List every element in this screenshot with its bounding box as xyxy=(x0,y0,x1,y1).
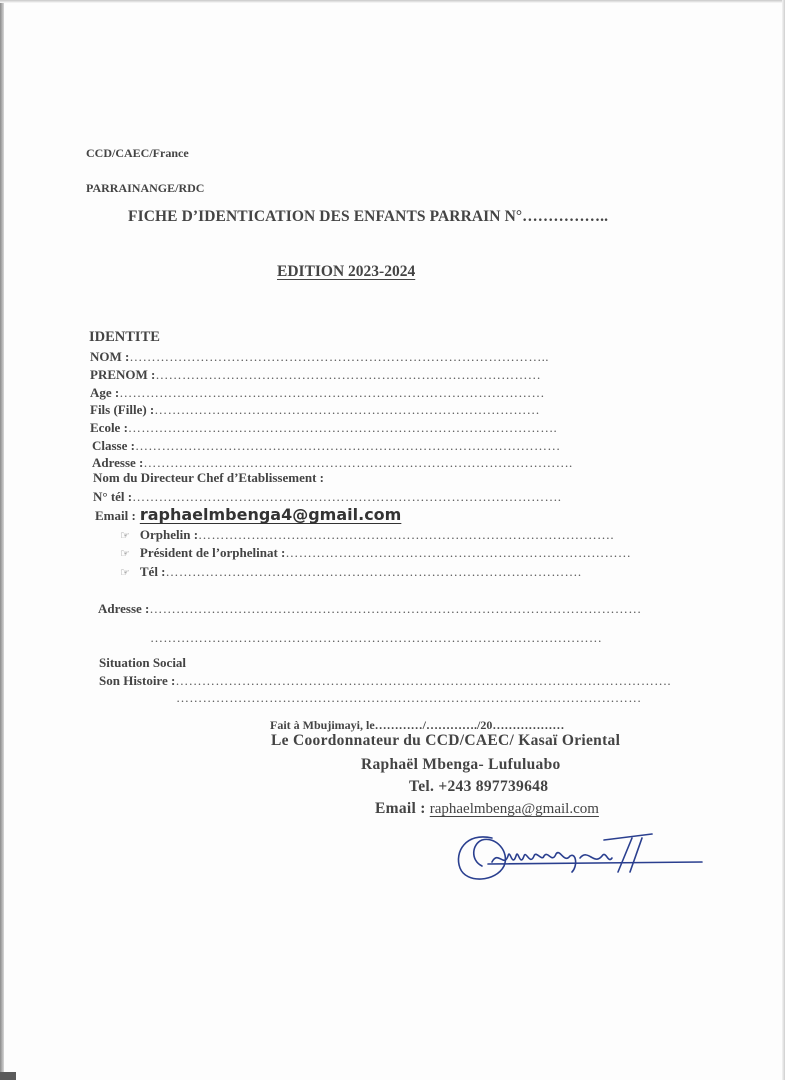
field-label: Adresse : xyxy=(92,455,143,470)
pointing-hand-icon: ☞ xyxy=(120,567,130,579)
field-fils-fille[interactable]: Fils (Fille) :……………………………………………………………………… xyxy=(90,401,540,419)
email-label: Email : xyxy=(95,508,136,523)
field-label: Orphelin : xyxy=(140,527,198,542)
field-label: Son Histoire : xyxy=(99,673,175,688)
org-line: CCD/CAEC/France xyxy=(86,146,189,161)
field-classe[interactable]: Classe :…………………………………………………………………………………… xyxy=(92,437,561,455)
fill-line[interactable]: …………………………………………………………………………………………… xyxy=(176,690,642,706)
field-label: Fils (Fille) : xyxy=(90,402,154,417)
pointing-hand-icon: ☞ xyxy=(120,548,130,560)
field-email: Email : raphaelmbenga4@gmail.com xyxy=(95,505,401,525)
fill-line[interactable]: ……………………………………………………………………………………. xyxy=(143,455,572,470)
field-label: Age : xyxy=(90,385,119,400)
field-label: Président de l’orphelinat : xyxy=(140,545,286,560)
email-label: Email : xyxy=(375,800,426,817)
email-link[interactable]: raphaelmbenga4@gmail.com xyxy=(140,505,402,524)
coordinator-title: Le Coordonnateur du CCD/CAEC/ Kasaï Orie… xyxy=(271,732,620,750)
fill-line[interactable]: ………………………………………………………………………………….. xyxy=(129,349,548,364)
field-prenom[interactable]: PRENOM :…………………………………………………………………………… xyxy=(90,366,541,384)
email-link[interactable]: raphaelmbenga@gmail.com xyxy=(430,801,599,817)
fill-line[interactable]: …………………………………………………………………………………. xyxy=(166,564,582,579)
field-orphelinat-tel[interactable]: ☞Tél :…………………………………………………………………………………. xyxy=(120,563,581,581)
field-label: Classe : xyxy=(92,438,135,453)
field-label: NOM : xyxy=(90,349,129,364)
field-president-orphelinat[interactable]: ☞Président de l’orphelinat :………………………………… xyxy=(120,544,631,562)
fill-line[interactable]: …………………………………………………………………………………… xyxy=(135,438,561,453)
edition-heading: EDITION 2023-2024 xyxy=(277,263,415,281)
fill-line[interactable]: ………………………………………………………………………………………………… xyxy=(149,601,641,616)
page-edge-left xyxy=(0,0,4,1080)
fill-line[interactable]: ……………………………………………………………………………………. xyxy=(132,489,561,504)
coordinator-email: Email : raphaelmbenga@gmail.com xyxy=(375,800,599,818)
field-nom[interactable]: NOM :………………………………………………………………………………….. xyxy=(90,348,549,366)
program-line: PARRAINANGE/RDC xyxy=(86,181,204,196)
field-label: Nom du Directeur Chef d’Etablissement : xyxy=(93,470,324,485)
field-label: PRENOM : xyxy=(90,367,155,382)
fill-line[interactable]: …………………………………………………………………… xyxy=(285,545,631,560)
social-section-title: Situation Social xyxy=(99,655,186,671)
pointing-hand-icon: ☞ xyxy=(120,530,130,542)
document-title: FICHE D’IDENTICATION DES ENFANTS PARRAIN… xyxy=(128,208,608,226)
coordinator-name: Raphaël Mbenga- Lufuluabo xyxy=(361,756,561,774)
fill-line[interactable]: …………………………………………………………………………………. xyxy=(198,527,614,542)
place-date[interactable]: Fait à Mbujimayi, le…………/…………./20……………… xyxy=(270,718,564,733)
field-tel[interactable]: N° tél :……………………………………………………………………………………… xyxy=(93,488,561,506)
field-orphelinat-adresse[interactable]: Adresse :…………………………………………………………………………………… xyxy=(98,600,642,618)
field-histoire[interactable]: Son Histoire :……………………………………………………………………… xyxy=(99,672,671,690)
field-ecole[interactable]: Ecole :……………………………………………………………………………………. xyxy=(90,419,557,437)
fill-line[interactable]: …………………………………………………………………………… xyxy=(154,402,540,417)
field-label: Adresse : xyxy=(98,601,149,616)
field-age[interactable]: Age :…………………………………………………………………………………… xyxy=(90,384,545,402)
field-label: N° tél : xyxy=(93,489,132,504)
fill-line[interactable]: …………………………………………………………………………………………………. xyxy=(175,673,671,688)
field-label: Tél : xyxy=(140,564,166,579)
fill-line[interactable]: …………………………………………………………………………………… xyxy=(119,385,545,400)
fill-line[interactable]: …………………………………………………………………………… xyxy=(155,367,541,382)
fill-line[interactable]: ………………………………………………………………………………………… xyxy=(150,630,602,646)
field-orphelin[interactable]: ☞Orphelin :……………………………………………………………………………… xyxy=(120,526,614,544)
field-label: Ecole : xyxy=(90,420,128,435)
identity-section-title: IDENTITE xyxy=(89,329,160,346)
page-edge-top xyxy=(0,0,785,3)
field-directeur[interactable]: Nom du Directeur Chef d’Etablissement : xyxy=(93,469,324,487)
handwritten-signature xyxy=(452,826,712,890)
fill-line[interactable]: ……………………………………………………………………………………. xyxy=(128,420,557,435)
coordinator-phone: Tel. +243 897739648 xyxy=(409,778,548,796)
page-corner-shadow xyxy=(0,1072,16,1080)
